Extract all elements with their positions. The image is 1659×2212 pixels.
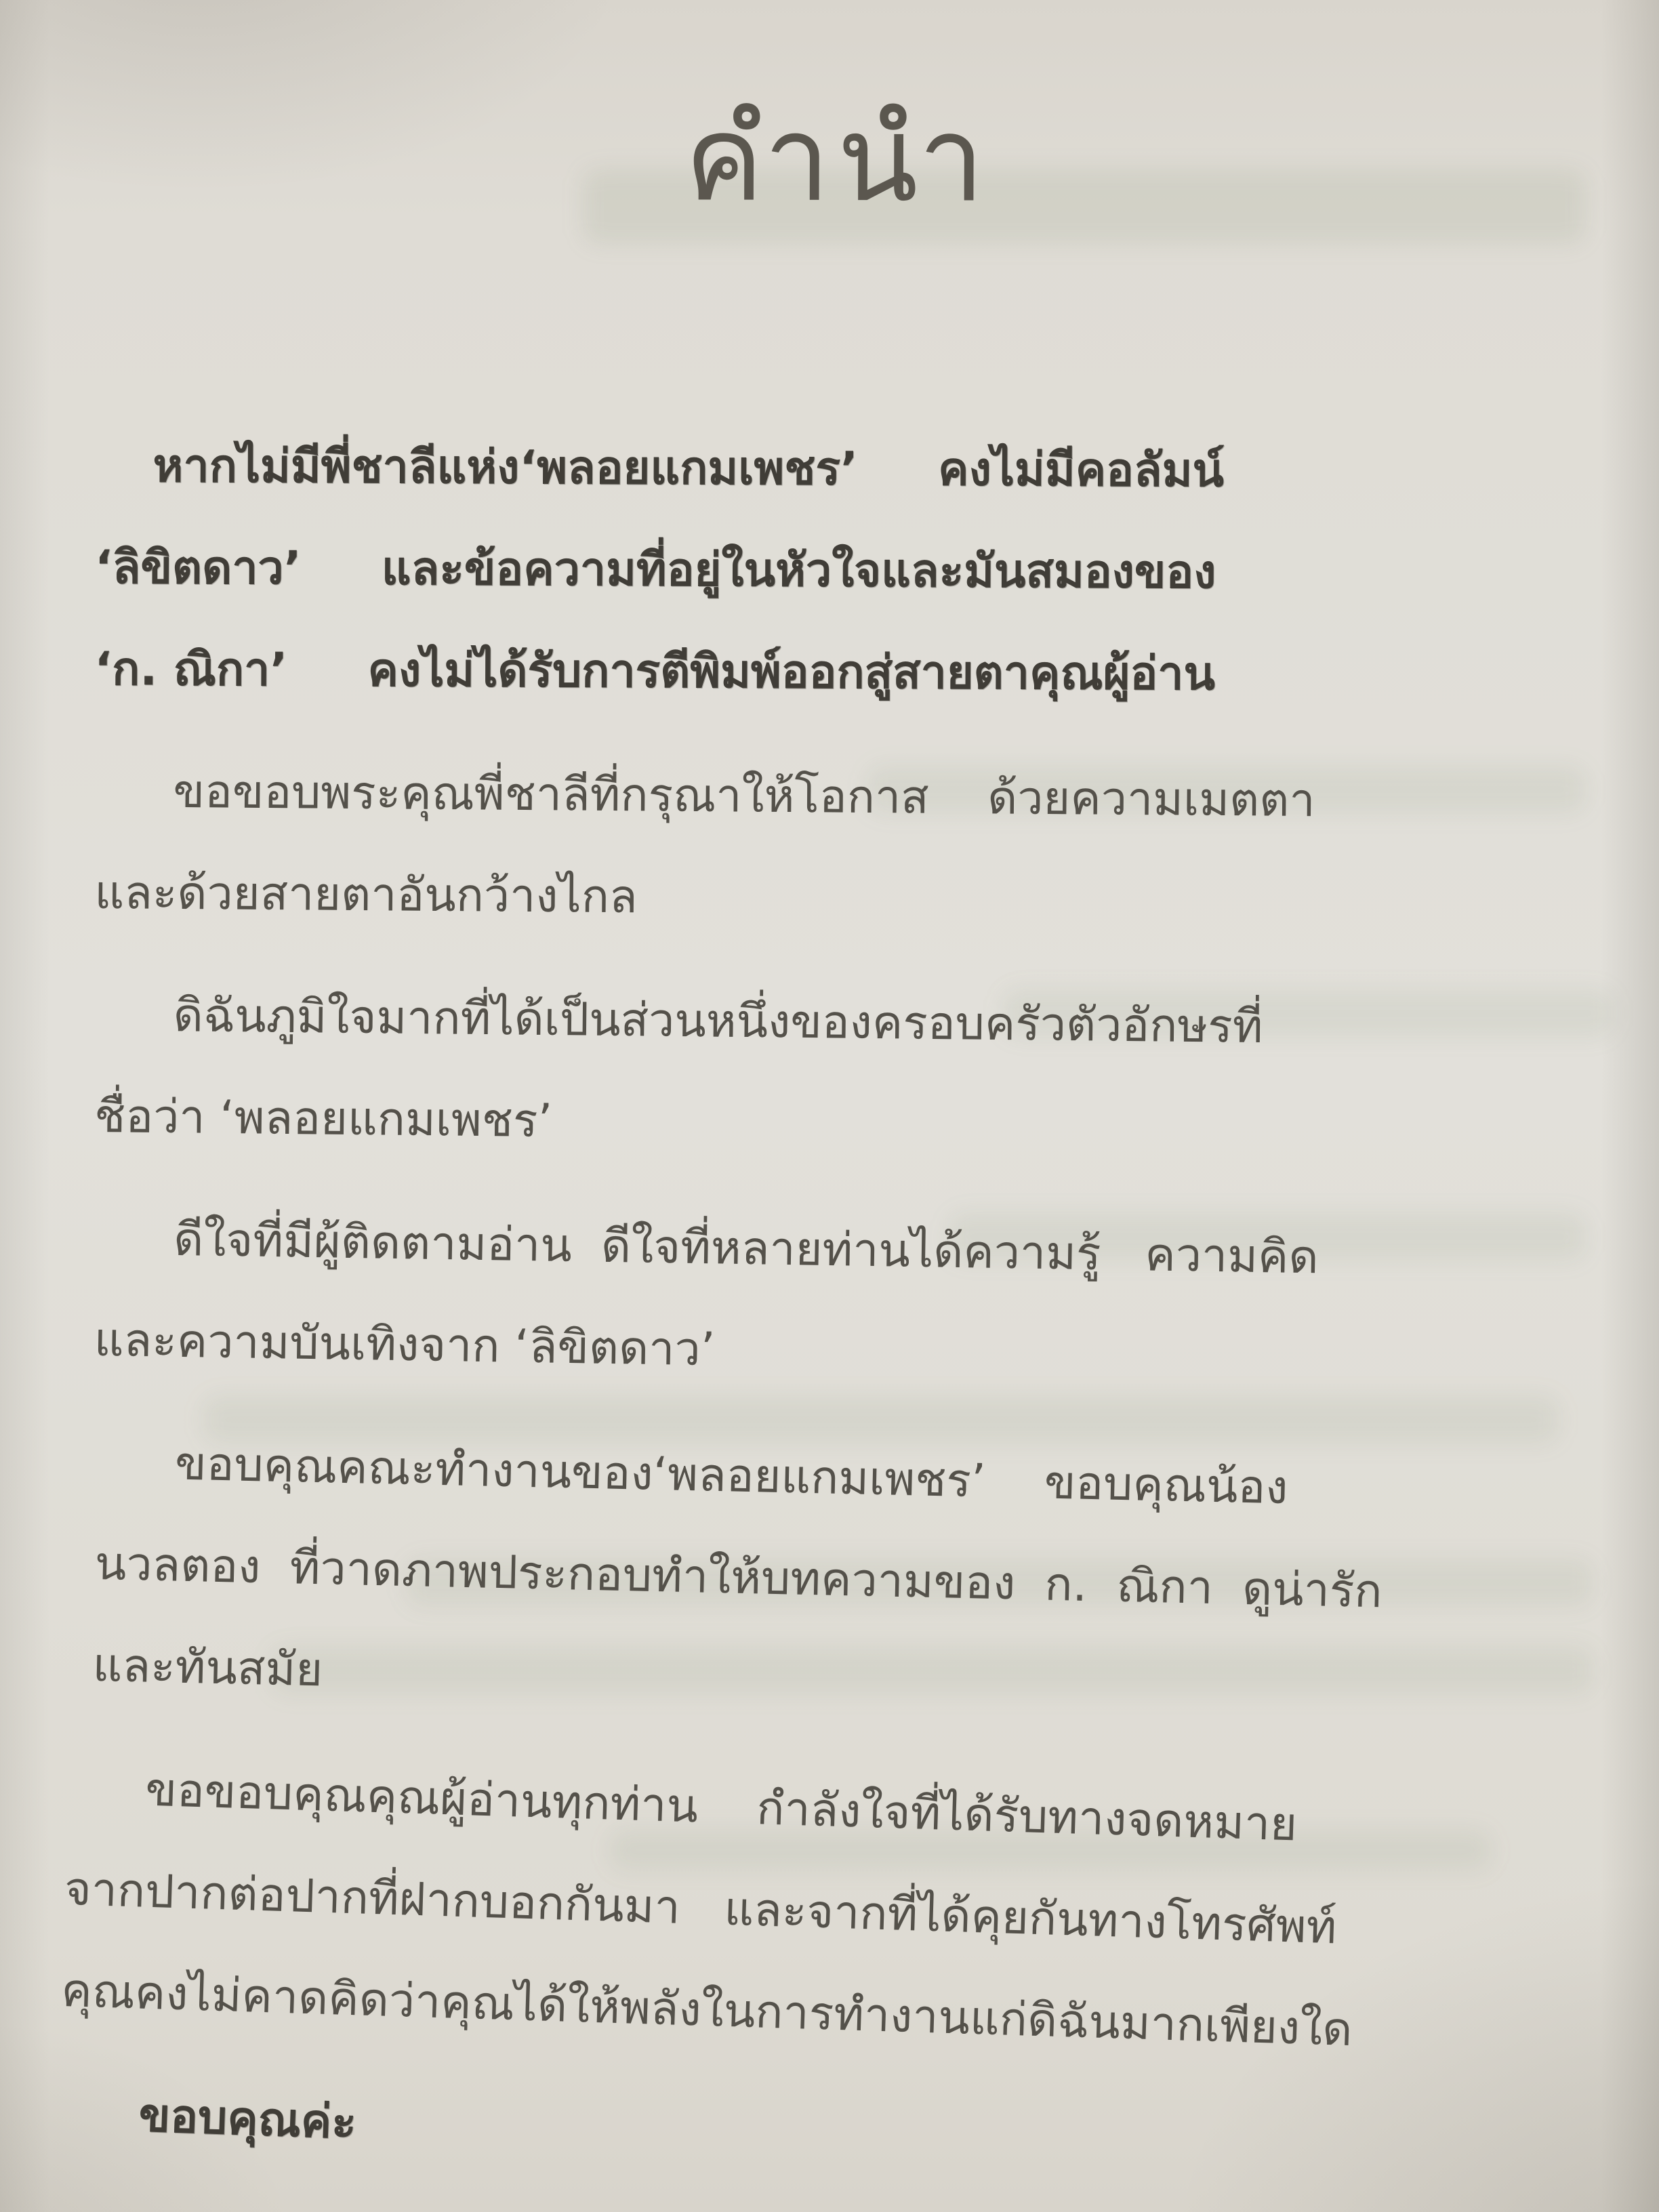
text-line: ขอขอบพระคุณพี่ชาลีที่กรุณาให้โอกาส ด้วยค…	[95, 741, 1582, 854]
preface-paragraph-1: หากไม่มีพี่ชาลีแห่ง‘พลอยแกมเพชร’ คงไม่มี…	[94, 415, 1582, 727]
preface-content: คำนำ หากไม่มีพี่ชาลีแห่ง‘พลอยแกมเพชร’ คง…	[0, 64, 1659, 2164]
preface-paragraph-2: ขอขอบพระคุณพี่ชาลีที่กรุณาให้โอกาส ด้วยค…	[94, 741, 1582, 956]
text-line: ขอบคุณค่ะ	[59, 2062, 1582, 2212]
text-line: หากไม่มีพี่ชาลีแห่ง‘พลอยแกมเพชร’ คงไม่มี…	[95, 415, 1582, 524]
text-line: และด้วยสายตาอันกว้างไกล	[94, 842, 1581, 956]
text-line: ชื่อว่า ‘พลอยแกมเพชร’	[94, 1066, 1580, 1183]
preface-paragraph-3: ดิฉันภูมิใจมากที่ได้เป็นส่วนหนึ่งของครอบ…	[94, 964, 1582, 1183]
book-page: คำนำ หากไม่มีพี่ชาลีแห่ง‘พลอยแกมเพชร’ คง…	[0, 0, 1659, 2212]
preface-paragraph-5: ขอบคุณคณะทำงานของ‘พลอยแกมเพชร’ ขอบคุณน้อ…	[91, 1412, 1584, 1749]
preface-paragraph-4: ดีใจที่มีผู้ติดตามอ่าน ดีใจที่หลายท่านได…	[94, 1188, 1582, 1414]
closing-thanks: ขอบคุณค่ะ	[59, 2062, 1582, 2212]
text-line: ดิฉันภูมิใจมากที่ได้เป็นส่วนหนึ่งของครอบ…	[95, 964, 1582, 1082]
preface-paragraph-6: ขอขอบคุณคุณผู้อ่านทุกท่าน กำลังใจที่ได้ร…	[60, 1737, 1585, 2088]
text-line: ‘ลิขิตดาว’ และข้อความที่อยู่ในหัวใจและมั…	[95, 517, 1582, 626]
text-line: ‘ก. ณิกา’ คงไม่ได้รับการตีพิมพ์ออกสู่สาย…	[94, 619, 1581, 727]
page-title: คำนำ	[95, 62, 1582, 255]
